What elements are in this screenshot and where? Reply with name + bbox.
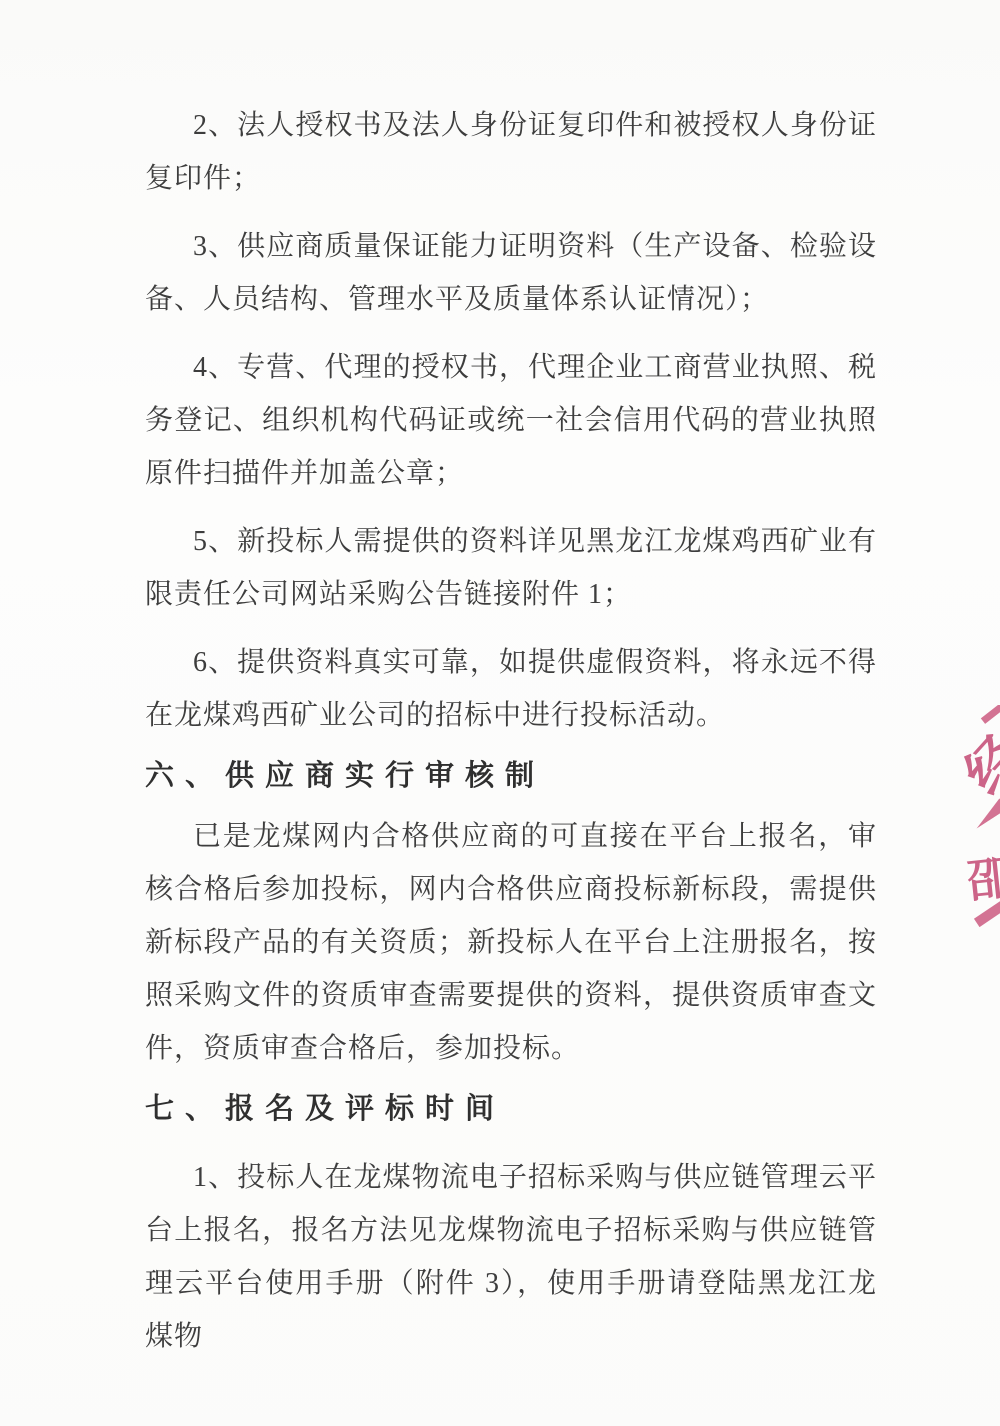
section-7-item-1: 1、投标人在龙煤物流电子招标采购与供应链管理云平台上报名，报名方法见龙煤物流电子… <box>145 1151 877 1363</box>
list-item-5: 5、新投标人需提供的资料详见黑龙江龙煤鸡西矿业有限责任公司网站采购公告链接附件 … <box>145 515 877 621</box>
list-item-6: 6、提供资料真实可靠，如提供虚假资料，将永远不得在龙煤鸡西矿业公司的招标中进行投… <box>145 636 877 742</box>
document-body: 2、法人授权书及法人身份证复印件和被授权人身份证复印件； 3、供应商质量保证能力… <box>145 84 877 1363</box>
seal-stroke <box>969 798 1000 829</box>
seal-character: 卲 <box>964 841 1000 911</box>
section-6-paragraph: 已是龙煤网内合格供应商的可直接在平台上报名，审核合格后参加投标，网内合格供应商投… <box>145 810 877 1075</box>
list-item-3: 3、供应商质量保证能力证明资料（生产设备、检验设备、人员结构、管理水平及质量体系… <box>145 220 877 326</box>
list-item-4: 4、专营、代理的授权书，代理企业工商营业执照、税务登记、组织机构代码证或统一社会… <box>145 341 877 500</box>
red-seal-fragment: 经 卲 <box>954 705 1000 940</box>
seal-character: 经 <box>954 716 1000 808</box>
seal-stroke <box>974 901 1000 927</box>
scanned-document-page: 2、法人授权书及法人身份证复印件和被授权人身份证复印件； 3、供应商质量保证能力… <box>0 0 1000 1426</box>
section-heading-7: 七、报名及评标时间 <box>145 1083 877 1136</box>
seal-stroke <box>981 705 1000 724</box>
list-item-2: 2、法人授权书及法人身份证复印件和被授权人身份证复印件； <box>145 99 877 205</box>
section-heading-6: 六、供应商实行审核制 <box>145 750 877 803</box>
